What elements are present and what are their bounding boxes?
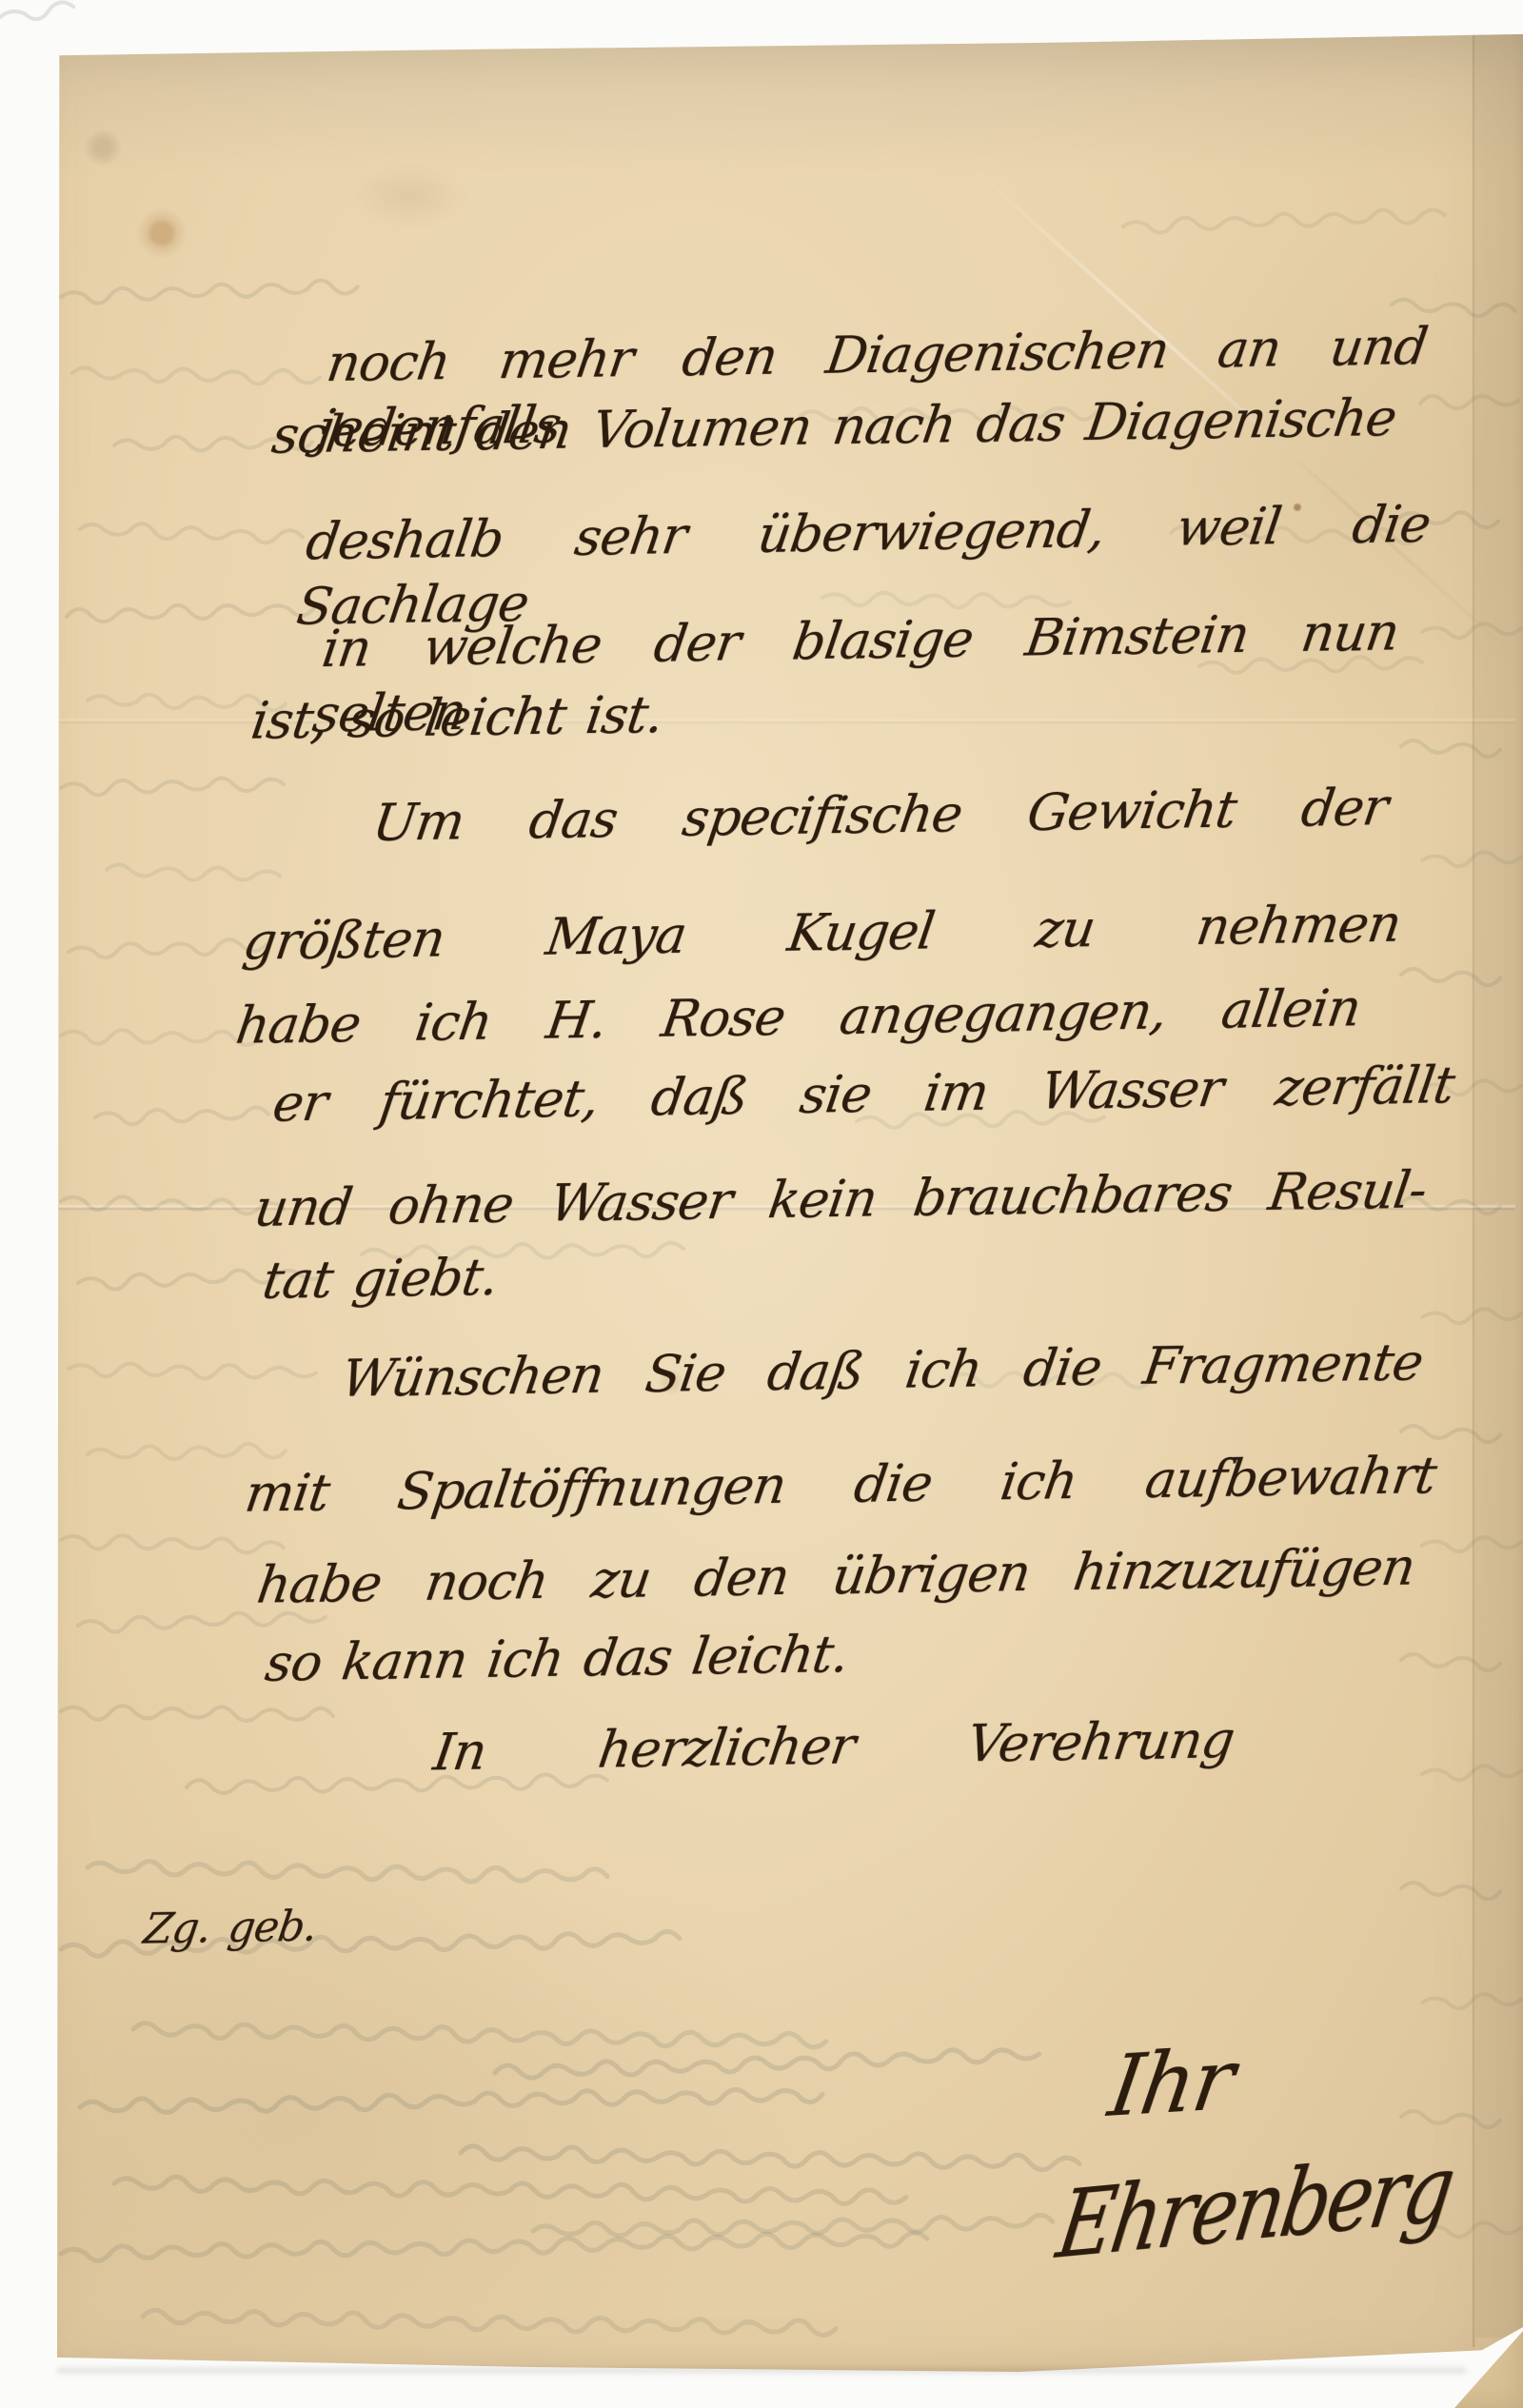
handwriting-layer: noch mehr den Diagenischen an und jedenf… (0, 0, 1523, 2408)
valediction: Ihr (1102, 2026, 1239, 2140)
handwritten-line: er fürchtet, daß sie im Wasser zerfällt (268, 1053, 1457, 1135)
scan-background: { "letter": { "script": "German Kurrent … (0, 0, 1523, 2408)
handwritten-line: Wünschen Sie daß ich die Fragmente (337, 1330, 1426, 1411)
paper-edge-shadow (57, 2368, 1466, 2373)
handwritten-line: habe ich H. Rose angegangen, allein (232, 976, 1364, 1057)
handwritten-line: und ohne Wasser kein brauchbares Resul- (250, 1157, 1430, 1240)
handwritten-line: Um das specifische Gewicht der (368, 775, 1391, 855)
margin-note: Zg. geb. (140, 1901, 320, 1956)
handwritten-line: tat giebt. (259, 1245, 503, 1313)
signature: Ehrenberg (1050, 2130, 1459, 2283)
handwritten-line: mit Spaltöffnungen die ich aufbewahrt (241, 1443, 1439, 1526)
handwritten-line: ist, so leicht ist. (247, 682, 667, 753)
closing-line: In herzlicher Verehrung (429, 1707, 1238, 1785)
handwritten-line: habe noch zu den übrigen hinzuzufügen (253, 1535, 1418, 1618)
handwritten-line: so kann ich das leicht. (262, 1622, 853, 1695)
handwritten-line: größten Maya Kugel zu nehmen (239, 892, 1404, 975)
